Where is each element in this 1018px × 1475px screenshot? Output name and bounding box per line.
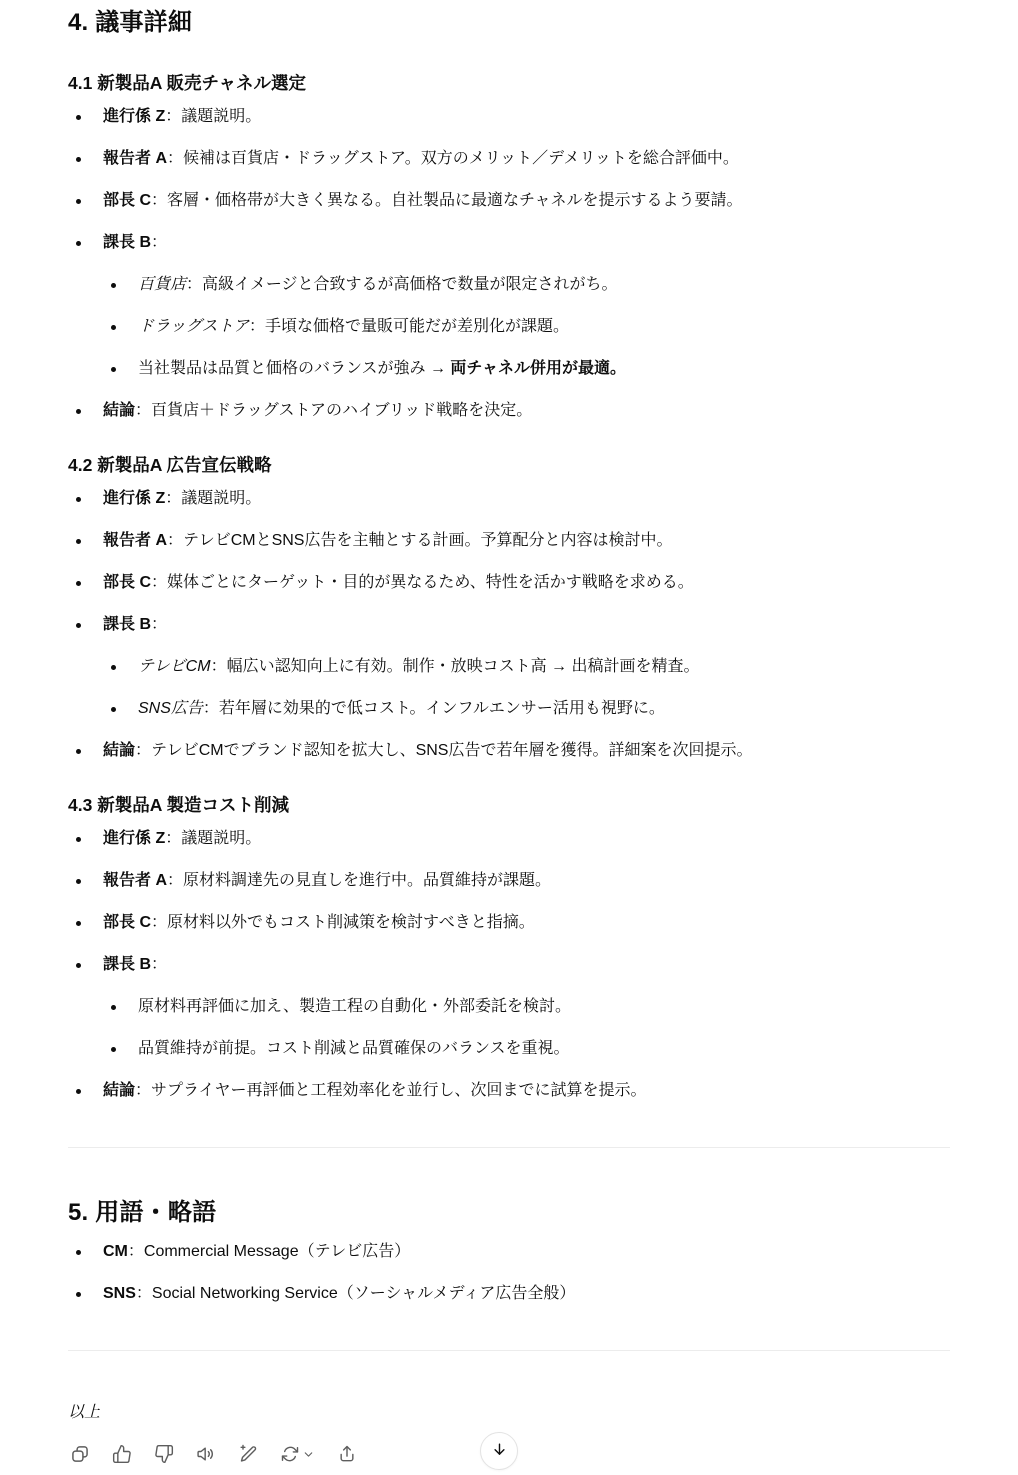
text: 品質維持が前提。コスト削減と品質確保のバランスを重視。 xyxy=(138,1040,570,1057)
bold-text: 結論 xyxy=(103,402,135,419)
regenerate-button[interactable] xyxy=(278,1442,317,1466)
text: ：テレビCMとSNS広告を主軸とする計画。予算配分と内容は検討中。 xyxy=(167,532,672,549)
italic-text: 百貨店 xyxy=(138,276,186,293)
regenerate-icon xyxy=(280,1444,300,1464)
bold-text: 課長 B xyxy=(103,234,151,251)
copy-button[interactable] xyxy=(68,1442,92,1466)
thumbs-down-icon xyxy=(154,1444,174,1464)
list-item: 結論：百貨店＋ドラッグストアのハイブリッド戦略を決定。 xyxy=(103,397,950,425)
nested-list-item: テレビCM：幅広い認知向上に有効。制作・放映コスト高 → 出稿計画を精査。 xyxy=(138,653,950,681)
bullet-list: CM：Commercial Message（テレビ広告）SNS：Social N… xyxy=(68,1238,950,1308)
bold-text: 進行係 Z xyxy=(103,108,165,125)
text: ： xyxy=(151,616,167,633)
list-item: CM：Commercial Message（テレビ広告） xyxy=(103,1238,950,1266)
list-item: 報告者 A：テレビCMとSNS広告を主軸とする計画。予算配分と内容は検討中。 xyxy=(103,527,950,555)
list-item: 課長 B：百貨店：高級イメージと合致するが高価格で数量が限定されがち。ドラッグス… xyxy=(103,229,950,383)
text: ：議題説明。 xyxy=(165,830,261,847)
text: ：サプライヤー再評価と工程効率化を並行し、次回までに試算を提示。 xyxy=(135,1082,647,1099)
list-item: 部長 C：媒体ごとにターゲット・目的が異なるため、特性を活かす戦略を求める。 xyxy=(103,569,950,597)
nested-list-item: SNS広告：若年層に効果的で低コスト。インフルエンサー活用も視野に。 xyxy=(138,695,950,723)
scroll-to-bottom-button[interactable] xyxy=(480,1432,518,1470)
text: 原材料再評価に加え、製造工程の自動化・外部委託を検討。 xyxy=(138,998,571,1015)
nested-list-item: 当社製品は品質と価格のバランスが強み → 両チャネル併用が最適。 xyxy=(138,355,950,383)
nested-bullet-list: 原材料再評価に加え、製造工程の自動化・外部委託を検討。品質維持が前提。コスト削減… xyxy=(103,993,950,1063)
subsection-heading: 4.1 新製品A 販売チャネル選定 xyxy=(68,71,950,95)
nested-list-item: 品質維持が前提。コスト削減と品質確保のバランスを重視。 xyxy=(138,1035,950,1063)
bold-text: 課長 B xyxy=(103,616,151,633)
arrow-down-icon xyxy=(491,1441,508,1461)
bold-text: 報告者 A xyxy=(103,150,167,167)
thumbs-up-icon xyxy=(112,1444,132,1464)
bold-text: SNS xyxy=(103,1285,136,1302)
bold-text: 部長 C xyxy=(103,574,151,591)
text: ： xyxy=(151,956,167,973)
text: ：媒体ごとにターゲット・目的が異なるため、特性を活かす戦略を求める。 xyxy=(151,574,694,591)
bold-text: 結論 xyxy=(103,742,135,759)
thumbs-up-button[interactable] xyxy=(110,1442,134,1466)
bold-text: 課長 B xyxy=(103,956,151,973)
list-item: 進行係 Z：議題説明。 xyxy=(103,103,950,131)
text: ：手頃な価格で量販可能だが差別化が課題。 xyxy=(249,318,569,335)
bold-text: 報告者 A xyxy=(103,872,167,889)
bold-text: 進行係 Z xyxy=(103,830,165,847)
edit-button[interactable] xyxy=(236,1442,260,1466)
text: ：若年層に効果的で低コスト。インフルエンサー活用も視野に。 xyxy=(203,700,665,717)
text: ：原材料調達先の見直しを進行中。品質維持が課題。 xyxy=(167,872,551,889)
italic-text: テレビCM xyxy=(138,658,211,675)
speaker-icon xyxy=(196,1444,216,1464)
section-heading: 4. 議事詳細 xyxy=(68,8,950,38)
subsection-heading: 4.3 新製品A 製造コスト削減 xyxy=(68,793,950,817)
list-item: 進行係 Z：議題説明。 xyxy=(103,485,950,513)
closing-note: 以上 xyxy=(68,1401,950,1425)
edit-pencil-icon xyxy=(238,1444,258,1464)
divider xyxy=(68,1350,950,1351)
text: ：客層・価格帯が大きく異なる。自社製品に最適なチャネルを提示するよう要請。 xyxy=(151,192,743,209)
list-item: 部長 C：客層・価格帯が大きく異なる。自社製品に最適なチャネルを提示するよう要請… xyxy=(103,187,950,215)
divider xyxy=(68,1147,950,1148)
text: ： xyxy=(151,234,167,251)
bold-text: 両チャネル併用が最適。 xyxy=(450,360,626,377)
italic-text: ドラッグストア xyxy=(138,318,249,335)
subsection-heading: 4.2 新製品A 広告宣伝戦略 xyxy=(68,453,950,477)
text: ：Social Networking Service（ソーシャルメディア広告全般… xyxy=(136,1285,575,1302)
nested-bullet-list: 百貨店：高級イメージと合致するが高価格で数量が限定されがち。ドラッグストア：手頃… xyxy=(103,271,950,383)
list-item: 課長 B：テレビCM：幅広い認知向上に有効。制作・放映コスト高 → 出稿計画を精… xyxy=(103,611,950,723)
nested-list-item: ドラッグストア：手頃な価格で量販可能だが差別化が課題。 xyxy=(138,313,950,341)
read-aloud-button[interactable] xyxy=(194,1442,218,1466)
bold-text: 報告者 A xyxy=(103,532,167,549)
italic-text: SNS広告 xyxy=(138,700,203,717)
document-body: 4. 議事詳細4.1 新製品A 販売チャネル選定進行係 Z：議題説明。報告者 A… xyxy=(68,8,950,1425)
bold-text: 結論 xyxy=(103,1082,135,1099)
list-item: 報告者 A：原材料調達先の見直しを進行中。品質維持が課題。 xyxy=(103,867,950,895)
thumbs-down-button[interactable] xyxy=(152,1442,176,1466)
bold-text: 進行係 Z xyxy=(103,490,165,507)
text: ：幅広い認知向上に有効。制作・放映コスト高 → 出稿計画を精査。 xyxy=(211,658,700,675)
nested-list-item: 百貨店：高級イメージと合致するが高価格で数量が限定されがち。 xyxy=(138,271,950,299)
text: ：百貨店＋ドラッグストアのハイブリッド戦略を決定。 xyxy=(135,402,532,419)
text: 当社製品は品質と価格のバランスが強み → xyxy=(138,360,450,377)
bold-text: CM xyxy=(103,1243,128,1260)
text: ：原材料以外でもコスト削減策を検討すべきと指摘。 xyxy=(151,914,535,931)
text: ：テレビCMでブランド認知を拡大し、SNS広告で若年層を獲得。詳細案を次回提示。 xyxy=(135,742,752,759)
list-item: 進行係 Z：議題説明。 xyxy=(103,825,950,853)
nested-bullet-list: テレビCM：幅広い認知向上に有効。制作・放映コスト高 → 出稿計画を精査。SNS… xyxy=(103,653,950,723)
text: ：高級イメージと合致するが高価格で数量が限定されがち。 xyxy=(186,276,618,293)
nested-list-item: 原材料再評価に加え、製造工程の自動化・外部委託を検討。 xyxy=(138,993,950,1021)
bullet-list: 進行係 Z：議題説明。報告者 A：候補は百貨店・ドラッグストア。双方のメリット／… xyxy=(68,103,950,425)
chevron-down-icon xyxy=(302,1448,315,1461)
bullet-list: 進行係 Z：議題説明。報告者 A：原材料調達先の見直しを進行中。品質維持が課題。… xyxy=(68,825,950,1105)
list-item: 報告者 A：候補は百貨店・ドラッグストア。双方のメリット／デメリットを総合評価中… xyxy=(103,145,950,173)
list-item: 結論：サプライヤー再評価と工程効率化を並行し、次回までに試算を提示。 xyxy=(103,1077,950,1105)
list-item: 課長 B：原材料再評価に加え、製造工程の自動化・外部委託を検討。品質維持が前提。… xyxy=(103,951,950,1063)
copy-icon xyxy=(70,1444,90,1464)
list-item: 部長 C：原材料以外でもコスト削減策を検討すべきと指摘。 xyxy=(103,909,950,937)
share-button[interactable] xyxy=(335,1442,359,1466)
bold-text: 部長 C xyxy=(103,192,151,209)
text: ：議題説明。 xyxy=(165,108,261,125)
bold-text: 部長 C xyxy=(103,914,151,931)
text: ：議題説明。 xyxy=(165,490,261,507)
list-item: 結論：テレビCMでブランド認知を拡大し、SNS広告で若年層を獲得。詳細案を次回提… xyxy=(103,737,950,765)
bullet-list: 進行係 Z：議題説明。報告者 A：テレビCMとSNS広告を主軸とする計画。予算配… xyxy=(68,485,950,765)
text: ：Commercial Message（テレビ広告） xyxy=(128,1243,410,1260)
section-heading: 5. 用語・略語 xyxy=(68,1198,950,1228)
text: ：候補は百貨店・ドラッグストア。双方のメリット／デメリットを総合評価中。 xyxy=(167,150,739,167)
share-icon xyxy=(337,1444,357,1464)
list-item: SNS：Social Networking Service（ソーシャルメディア広… xyxy=(103,1280,950,1308)
